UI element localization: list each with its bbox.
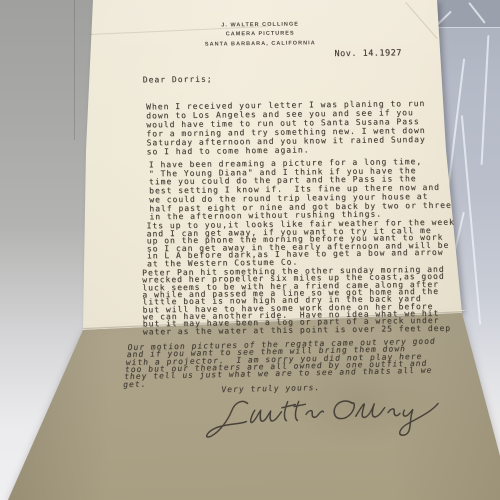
signature [202,390,442,441]
paragraph-5: Our motion pictures of the regatta came … [123,338,436,389]
letter-body-lower: Our motion pictures of the regatta came … [0,0,500,500]
vintage-letter-photo: J. WALTER COLLINGE CAMERA PICTURES SANTA… [0,0,500,500]
